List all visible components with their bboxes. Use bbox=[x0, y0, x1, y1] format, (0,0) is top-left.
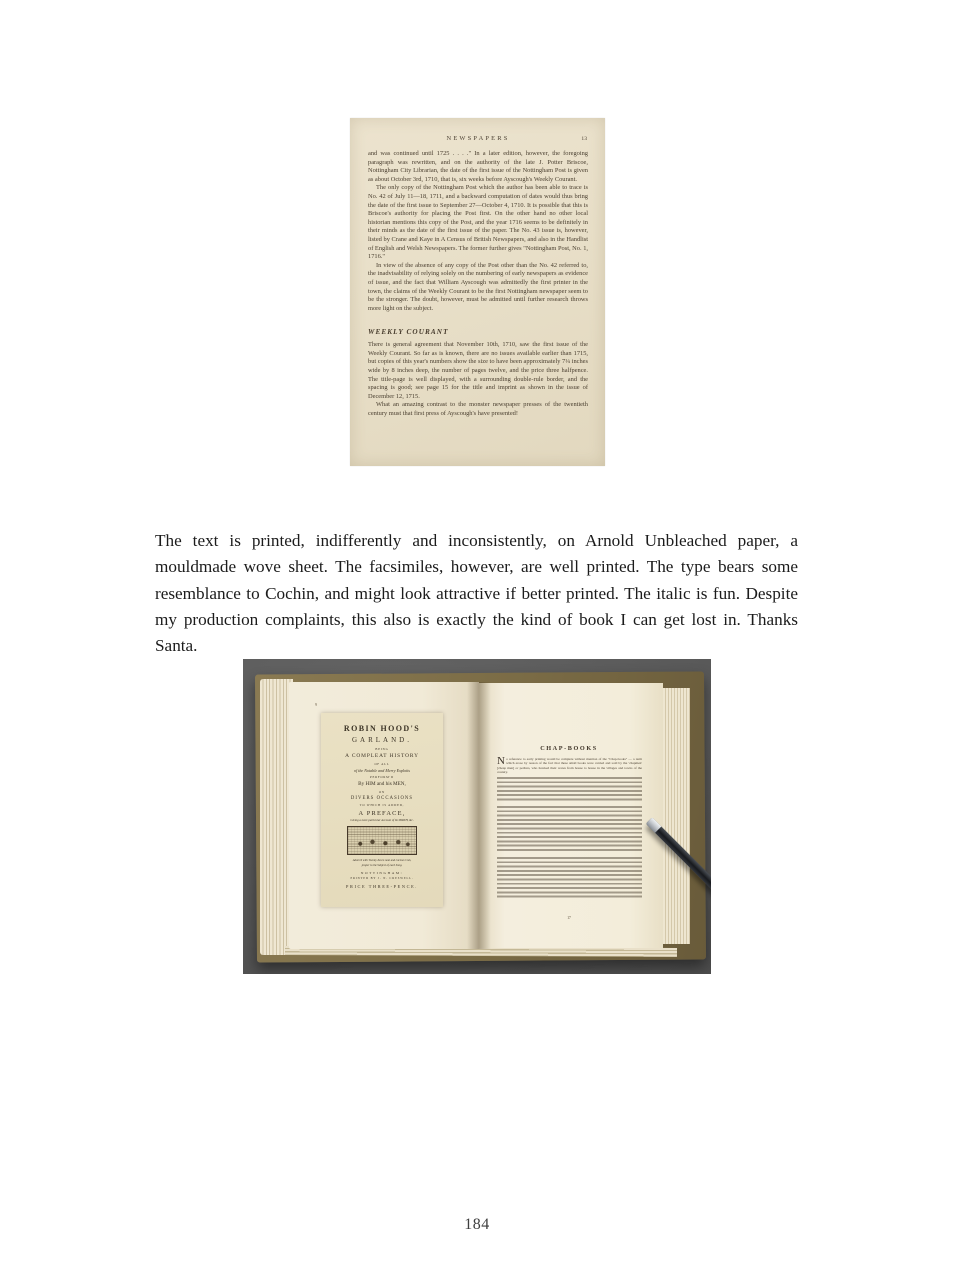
title-line: TO WHICH IS ADDED, bbox=[325, 803, 439, 807]
running-header-title: NEWSPAPERS bbox=[447, 135, 510, 142]
title-line: PERFORM'D bbox=[325, 775, 439, 779]
scanned-page-figure: NEWSPAPERS 13 and was continued until 17… bbox=[350, 118, 605, 466]
title-line: Giving a more particular Account of his … bbox=[325, 819, 439, 823]
title-line: GARLAND. bbox=[325, 736, 439, 744]
title-line: A PREFACE, bbox=[325, 810, 439, 817]
blurred-text-lines bbox=[497, 857, 642, 900]
blurred-text-lines bbox=[497, 777, 642, 803]
scan-body-text: and was continued until 1725 . . . ." In… bbox=[368, 150, 588, 419]
chapter-first-paragraph: No reference to early printing would be … bbox=[497, 757, 642, 774]
running-header: NEWSPAPERS 13 bbox=[368, 135, 588, 142]
blurred-text-lines bbox=[497, 806, 642, 853]
title-line: NOTTINGHAM: bbox=[325, 871, 439, 875]
title-line: By HIM and his MEN, bbox=[325, 781, 439, 787]
scan-paragraph: What an amazing contrast to the monster … bbox=[368, 401, 588, 418]
scan-paragraph: and was continued until 1725 . . . ." In… bbox=[368, 150, 588, 184]
page-stack-right-edge bbox=[663, 688, 690, 944]
title-line: Adorn'd with Twenty-Seven neat and curio… bbox=[325, 858, 439, 862]
scan-folio-number: 13 bbox=[581, 136, 587, 142]
book-gutter-shadow bbox=[467, 682, 491, 949]
title-line: DIVERS OCCASIONS bbox=[325, 796, 439, 801]
title-line: ON bbox=[325, 790, 439, 794]
title-page-facsimile: ROBIN HOOD'S GARLAND. BEING A COMPLEAT H… bbox=[321, 713, 443, 907]
page-number: 184 bbox=[0, 1216, 954, 1234]
scan-section-heading: WEEKLY COURANT bbox=[368, 328, 588, 336]
title-line: ROBIN HOOD'S bbox=[325, 724, 439, 733]
book-photo-figure: 9 ROBIN HOOD'S GARLAND. BEING A COMPLEAT… bbox=[243, 659, 711, 974]
review-paragraph: The text is printed, indifferently and i… bbox=[155, 528, 798, 659]
chapter-body-text: No reference to early printing would be … bbox=[497, 757, 642, 903]
scanned-page-content: NEWSPAPERS 13 and was continued until 17… bbox=[350, 118, 605, 419]
title-line: A COMPLEAT HISTORY bbox=[325, 753, 439, 759]
scan-paragraph: The only copy of the Nottingham Post whi… bbox=[368, 184, 588, 261]
woodcut-illustration bbox=[347, 826, 417, 855]
title-line: PRICE THREE-PENCE. bbox=[325, 884, 439, 889]
right-page-folio: 17 bbox=[495, 916, 643, 920]
chapter-heading: CHAP-BOOKS bbox=[495, 745, 643, 752]
scan-paragraph: There is general agreement that November… bbox=[368, 341, 588, 401]
title-line: of the Notable and Merry Exploits bbox=[325, 768, 439, 773]
title-line: BEING bbox=[325, 747, 439, 751]
title-line: PRINTED BY J. N. CRESWELL. bbox=[325, 876, 439, 880]
chapter-paragraph-text: o reference to early printing would be c… bbox=[497, 757, 642, 774]
left-page-folio: 9 bbox=[315, 702, 317, 707]
drop-cap: N bbox=[497, 757, 506, 765]
scan-paragraph: In view of the absence of any copy of th… bbox=[368, 262, 588, 314]
title-line: OF ALL bbox=[325, 762, 439, 766]
title-line: proper to the Subject of each Song. bbox=[325, 863, 439, 867]
